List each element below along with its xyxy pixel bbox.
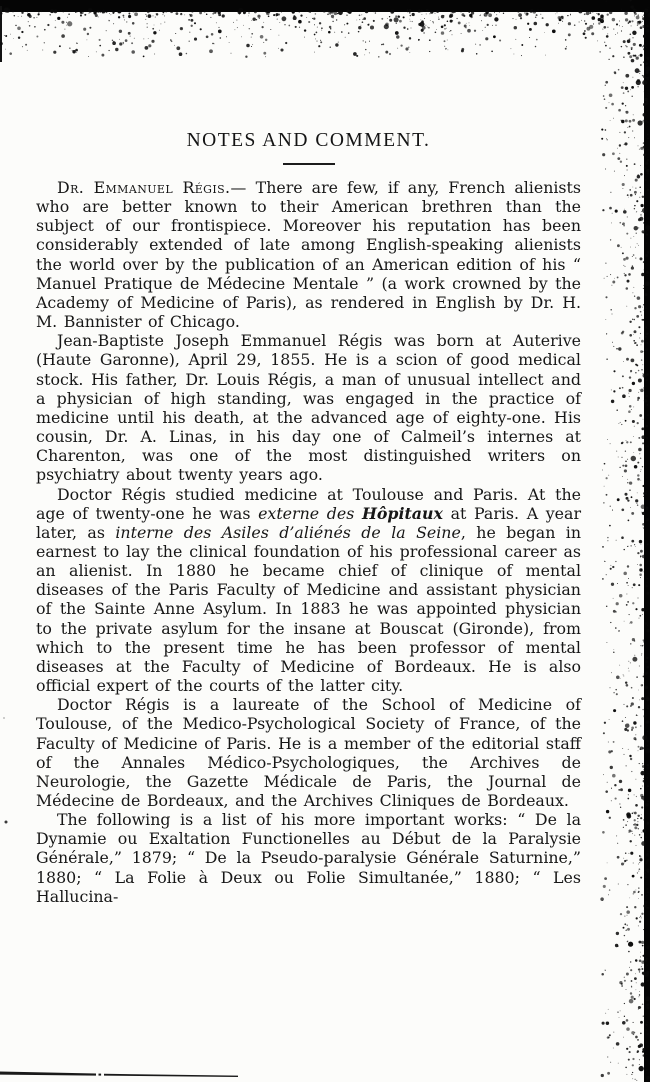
text-segment: Hôpitaux (362, 504, 443, 523)
paragraph: Doctor Régis is a laureate of the School… (36, 695, 581, 810)
text-segment: externe des (258, 504, 362, 523)
scan-left-edge (0, 6, 2, 62)
text-segment: Dr. Emmanuel Régis.— (57, 178, 247, 197)
text-segment: The following is a list of his more impo… (36, 810, 581, 906)
article-body: Dr. Emmanuel Régis.— There are few, if a… (36, 178, 581, 906)
scan-right-noise (600, 0, 650, 1081)
text-segment: Jean-Baptiste Joseph Emmanuel Régis was … (36, 331, 581, 484)
text-segment: interne des Asiles d’aliénés de la Seine (115, 523, 460, 542)
paragraph: Jean-Baptiste Joseph Emmanuel Régis was … (36, 331, 581, 484)
paragraph: Doctor Régis studied medicine at Toulous… (36, 485, 581, 696)
scan-top-noise (0, 8, 650, 58)
ink-speck (3, 717, 5, 719)
text-segment: There are few, if any, French alienists … (36, 178, 581, 331)
paragraph: Dr. Emmanuel Régis.— There are few, if a… (36, 178, 581, 331)
text-segment: Doctor Régis is a laureate of the School… (36, 695, 581, 810)
text-segment: , he began in earnest to lay the clinica… (36, 523, 581, 695)
article: NOTES AND COMMENT. Dr. Emmanuel Régis.— … (36, 130, 581, 906)
title-rule (283, 163, 335, 165)
scan-bottom-line (0, 1072, 238, 1078)
page-title: NOTES AND COMMENT. (36, 130, 581, 152)
scan-right-border (644, 0, 650, 1082)
paragraph: The following is a list of his more impo… (36, 810, 581, 906)
scan-top-border (0, 0, 650, 12)
scanned-page: NOTES AND COMMENT. Dr. Emmanuel Régis.— … (0, 0, 650, 1082)
ink-speck (5, 821, 8, 824)
